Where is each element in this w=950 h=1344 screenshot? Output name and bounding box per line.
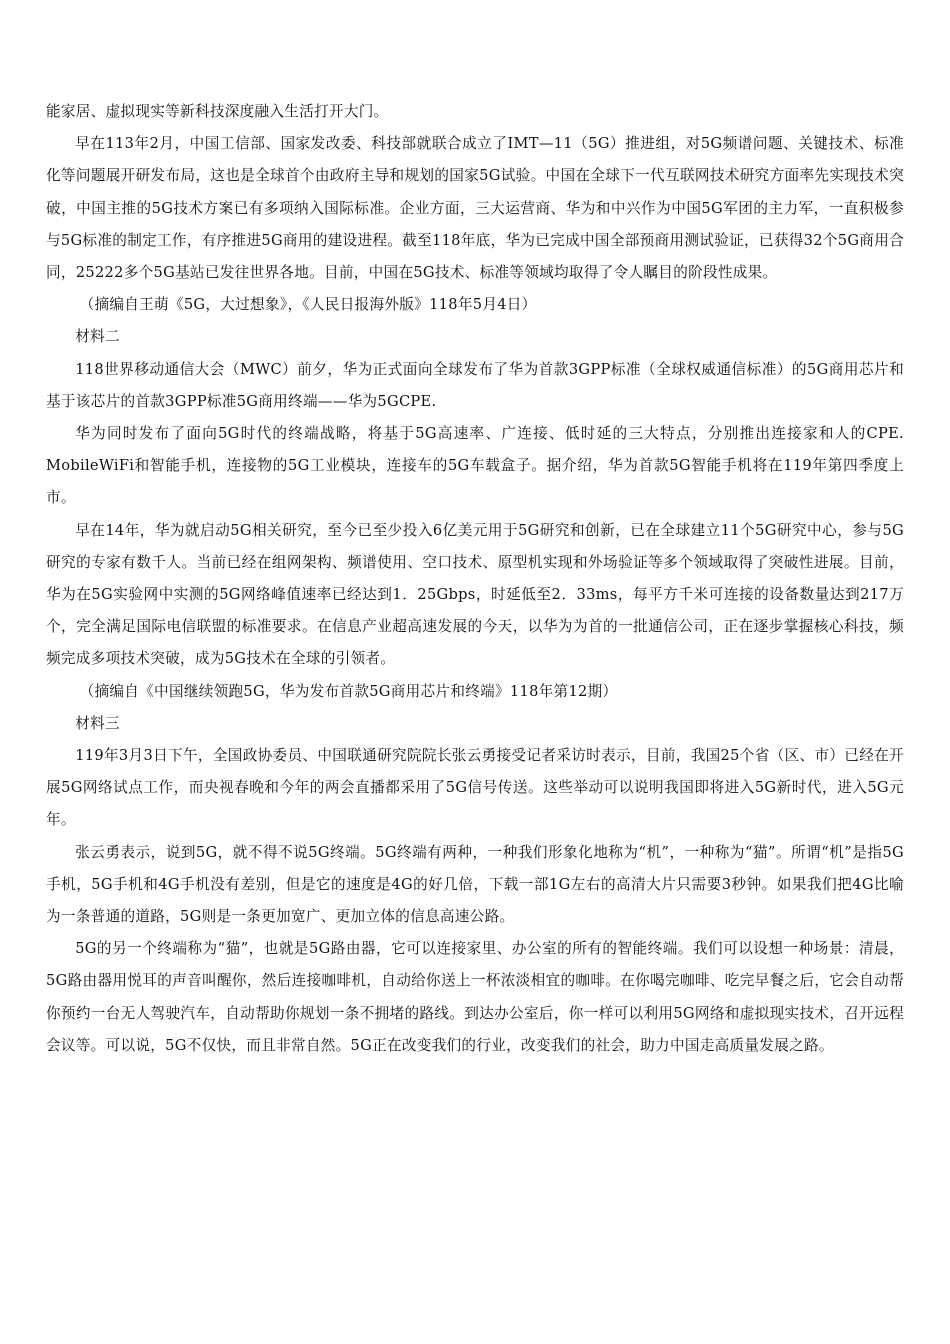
paragraph-mwc-launch: 118世界移动通信大会（MWC）前夕，华为正式面向全球发布了华为首款3GPP标准… [46, 354, 904, 418]
heading-material-three: 材料三 [46, 708, 904, 740]
heading-material-two: 材料二 [46, 321, 904, 353]
citation-material-two: （摘编自《中国继续领跑5G，华为发布首款5G商用芯片和终端》118年第12期） [46, 676, 904, 708]
citation-material-one: （摘编自王萌《5G，大过想象》，《人民日报海外版》118年5月4日） [46, 289, 904, 321]
document-page: 能家居、虚拟现实等新科技深度融入生活打开大门。 早在113年2月，中国工信部、国… [46, 96, 904, 1062]
paragraph-terminal-strategy: 华为同时发布了面向5G时代的终端战略，将基于5G高速率、广连接、低时延的三大特点… [46, 418, 904, 515]
paragraph-5g-router: 5G的另一个终端称为“猫”，也就是5G路由器，它可以连接家里、办公室的所有的智能… [46, 933, 904, 1062]
paragraph-continuation: 能家居、虚拟现实等新科技深度融入生活打开大门。 [46, 96, 904, 128]
paragraph-huawei-research: 早在14年，华为就启动5G相关研究，至今已至少投入6亿美元用于5G研究和创新，已… [46, 515, 904, 676]
paragraph-5g-history: 早在113年2月，中国工信部、国家发改委、科技部就联合成立了IMT—11（5G）… [46, 128, 904, 289]
paragraph-unicom-interview: 119年3月3日下午，全国政协委员、中国联通研究院院长张云勇接受记者采访时表示，… [46, 740, 904, 837]
paragraph-5g-terminals: 张云勇表示，说到5G，就不得不说5G终端。5G终端有两种，一种我们形象化地称为“… [46, 837, 904, 934]
